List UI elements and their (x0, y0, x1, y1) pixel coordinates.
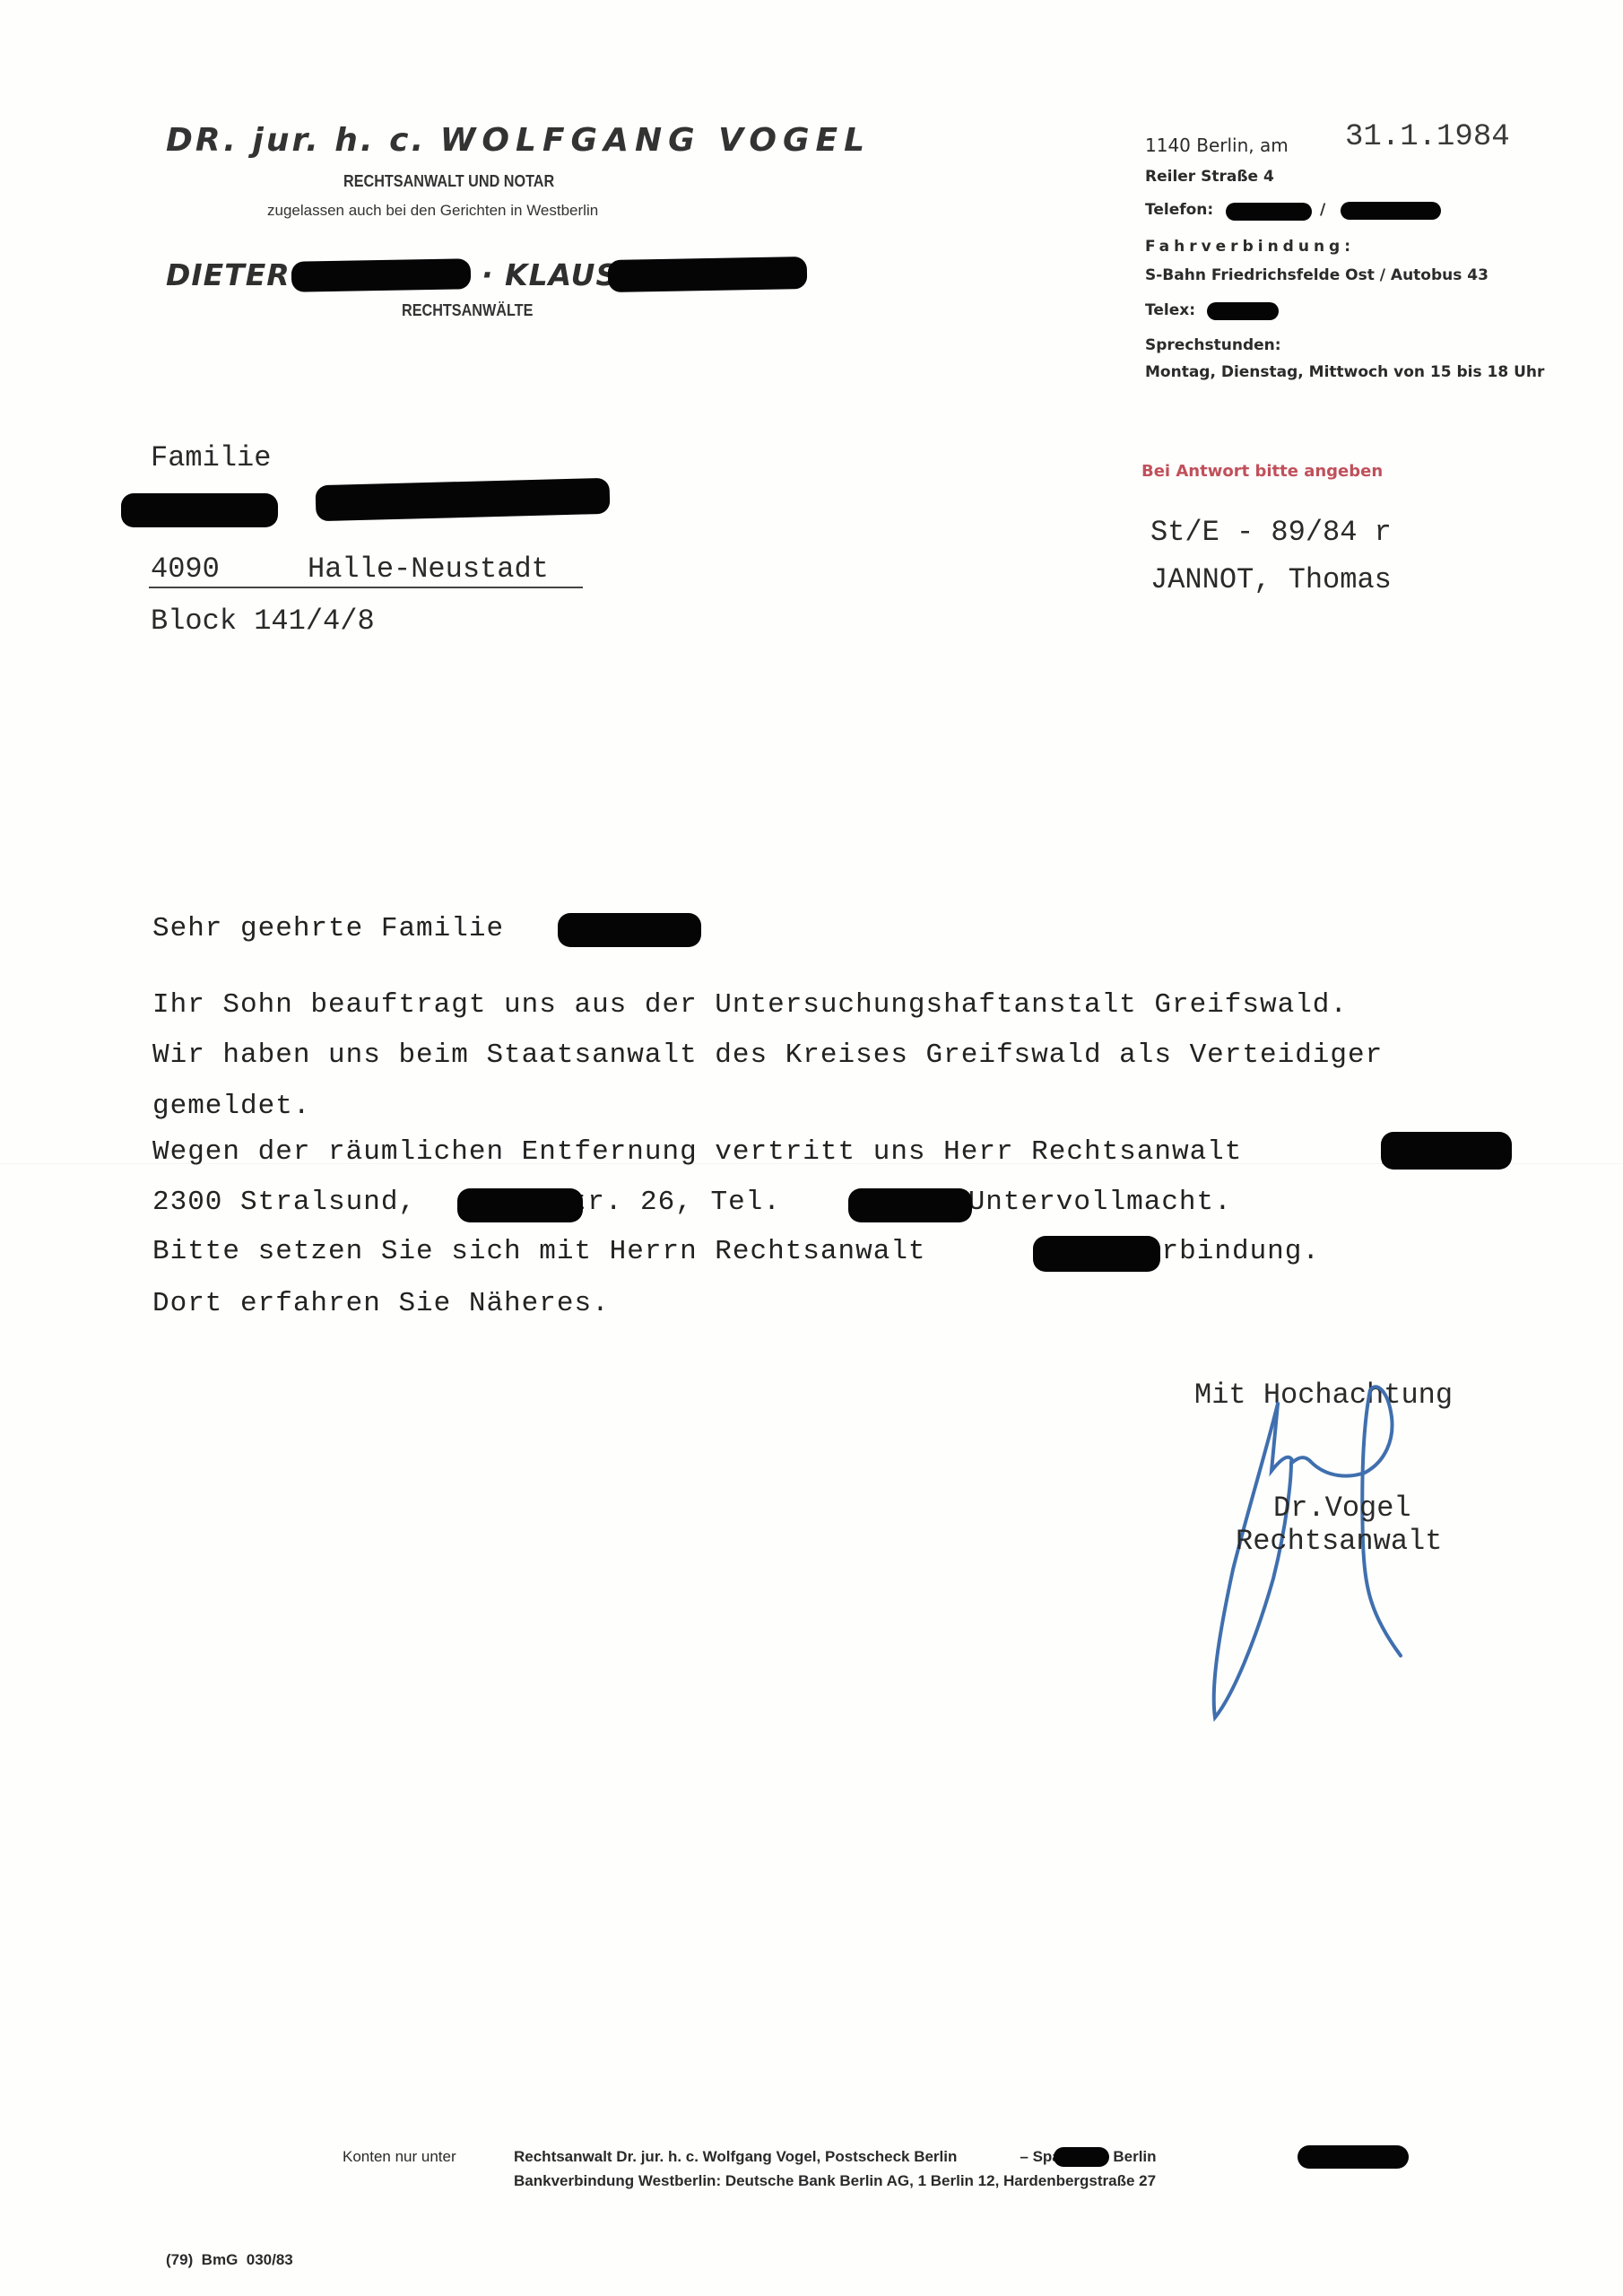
letterhead-name: DR. jur. h. c. WOLFGANG VOGEL (166, 122, 871, 159)
accounts-line-2: Bankverbindung Westberlin: Deutsche Bank… (514, 2172, 1156, 2190)
recipient-line1: Familie (151, 441, 271, 474)
letterhead-name-prefix: DR. jur. h. c. (166, 122, 426, 159)
street-address: Reiler Straße 4 (1145, 168, 1274, 186)
body-line-1: Ihr Sohn beauftragt uns aus der Untersuc… (152, 989, 1348, 1021)
body-line-2: Wir haben uns beim Staatsanwalt des Krei… (152, 1039, 1383, 1071)
body-line-6-text: Bitte setzen Sie sich mit Herrn Rechtsan… (152, 1236, 926, 1267)
letterhead-name-main: WOLFGANG VOGEL (440, 122, 871, 159)
accounts-label: Konten nur unter (343, 2148, 456, 2166)
redaction-postscheck-number (1054, 2147, 1109, 2167)
office-hours-label: Sprechstunden: (1145, 336, 1281, 354)
letter-page: DR. jur. h. c. WOLFGANG VOGEL RECHTSANWA… (0, 0, 1623, 2296)
salutation-text: Sehr geehrte Familie (152, 913, 504, 944)
transit-label: Fahrverbindung: (1145, 238, 1355, 256)
signatory-role: Rechtsanwalt (1236, 1525, 1442, 1558)
accounts-postscheck: Rechtsanwalt Dr. jur. h. c. Wolfgang Vog… (514, 2148, 957, 2165)
reference-number: St/E - 89/84 r (1150, 516, 1392, 549)
phone-label: Telefon: (1145, 201, 1213, 219)
letterhead-title: RECHTSANWALT UND NOTAR (343, 172, 554, 191)
client-name: JANNOT, Thomas (1150, 563, 1392, 596)
city-underline (149, 587, 583, 588)
transit-info: S-Bahn Friedrichsfelde Ost / Autobus 43 (1145, 266, 1488, 284)
body-line-4: Wegen der räumlichen Entfernung vertritt… (152, 1136, 1396, 1168)
redaction-sparkasse-number (1298, 2145, 1409, 2169)
body-line-4-text: Wegen der räumlichen Entfernung vertritt… (152, 1136, 1242, 1168)
redaction-lawyer-name-2 (1033, 1236, 1160, 1272)
redaction-phone1 (1226, 203, 1312, 221)
redaction-salutation-name (558, 913, 701, 947)
redaction-recipient-surname (316, 478, 611, 522)
recipient-street: Block 141/4/8 (151, 604, 375, 638)
body-line-3: gemeldet. (152, 1091, 310, 1122)
recipient-postcode: 4090 (151, 552, 220, 586)
phone-separator: / (1320, 201, 1325, 219)
redaction-partner2-surname (608, 257, 808, 292)
office-hours: Montag, Dienstag, Mittwoch von 15 bis 18… (1145, 363, 1544, 381)
letterhead-admission: zugelassen auch bei den Gerichten in Wes… (267, 202, 598, 220)
letter-date: 31.1.1984 (1345, 120, 1510, 154)
redaction-phone2 (1341, 202, 1441, 220)
body-line-7: Dort erfahren Sie Näheres. (152, 1288, 610, 1319)
partner-dieter: DIETER (166, 257, 291, 292)
body-line-5-city: 2300 Stralsund, (152, 1187, 416, 1218)
redaction-partner1-surname (291, 258, 472, 291)
reference-label: Bei Antwort bitte angeben (1141, 462, 1383, 481)
redaction-telex (1207, 302, 1279, 320)
redaction-lawyer-name (1381, 1132, 1512, 1170)
handwritten-signature (1193, 1372, 1462, 1749)
redaction-street-name (457, 1188, 583, 1222)
telex-label: Telex: (1145, 301, 1195, 319)
partner-klaus: · KLAUS (482, 257, 618, 292)
place-label: 1140 Berlin, am (1145, 135, 1289, 156)
signatory-name: Dr.Vogel (1273, 1492, 1411, 1525)
partners-title: RECHTSANWÄLTE (402, 301, 533, 320)
redaction-recipient-firstname (121, 493, 278, 527)
recipient-city: Halle-Neustadt (308, 552, 549, 586)
redaction-phone-number (848, 1188, 972, 1222)
form-code: (79) BmG 030/83 (166, 2251, 293, 2269)
body-line-5: 2300 Stralsund,str. 26, Tel.in Untervoll… (152, 1187, 1232, 1218)
body-line-5-street: str. 26, Tel. (552, 1187, 781, 1218)
